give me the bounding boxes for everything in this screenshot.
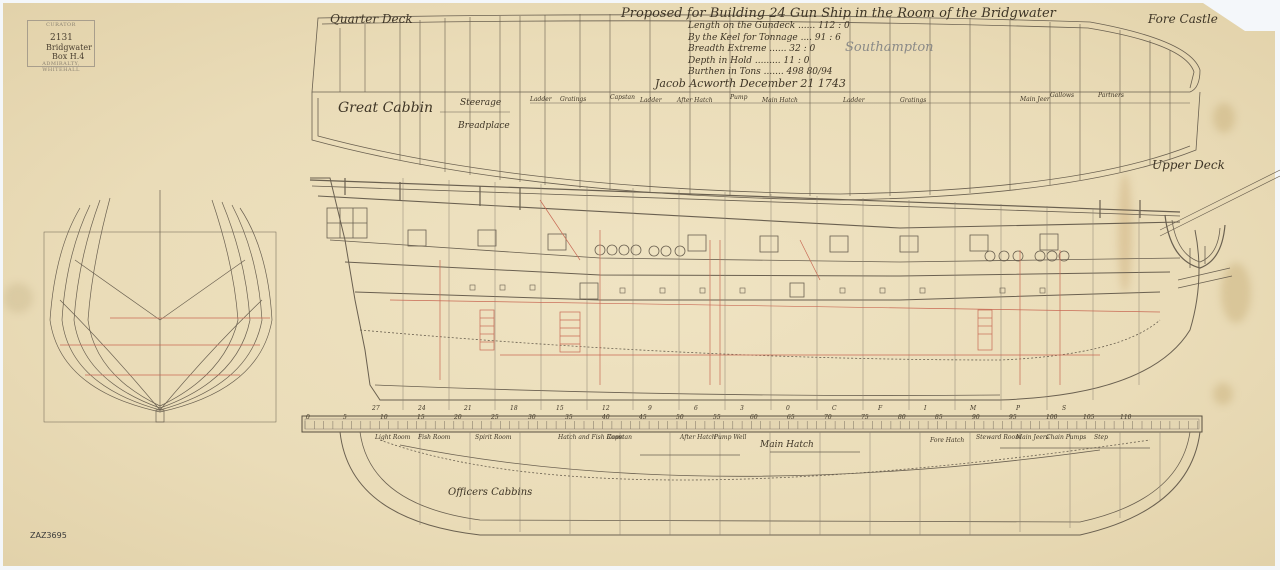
signature: Jacob Acworth December 21 1743 <box>655 77 846 90</box>
frame-station-label: F <box>878 405 882 412</box>
fitting-label: After Hatch <box>680 434 716 441</box>
fitting-label: Fore Hatch <box>930 437 964 444</box>
pencil-note: Southampton <box>845 40 934 55</box>
label-officers-cabbins: Officers Cabbins <box>448 487 532 498</box>
fitting-label: Chain Pumps <box>1046 434 1086 441</box>
scale-tick-label: 65 <box>787 414 795 421</box>
stamp-footer: ADMIRALTY, WHITEHALL <box>28 61 94 73</box>
scale-tick-label: 95 <box>1009 414 1017 421</box>
scale-tick-label: 0 <box>306 414 310 421</box>
frame-station-label: I <box>924 405 926 412</box>
scale-tick-label: 50 <box>676 414 684 421</box>
scale-tick-label: 10 <box>380 414 388 421</box>
frame-station-label: 9 <box>648 405 652 412</box>
frame-station-label: 0 <box>786 405 790 412</box>
frame-station-label: P <box>1016 405 1020 412</box>
label-bread-place: Breadplace <box>458 121 510 131</box>
label-quarter-deck: Quarter Deck <box>330 12 413 26</box>
catalogue-number: ZAZ3695 <box>30 531 67 540</box>
scale-tick-label: 75 <box>861 414 869 421</box>
dimensions-table: Length on the Gundeck ...... 112 : 0 By … <box>688 21 850 79</box>
fitting-label: Main Hatch <box>760 440 814 450</box>
fitting-label: Ladder <box>640 97 662 104</box>
ship-plan-drawing <box>0 0 1280 570</box>
fitting-label: Ladder <box>843 97 865 104</box>
fitting-label: Ladder <box>530 96 552 103</box>
fitting-label: Capstan <box>607 434 632 441</box>
fitting-label: Partners <box>1098 92 1124 99</box>
stamp-rate: Box H.4 <box>52 52 84 61</box>
scale-tick-label: 85 <box>935 414 943 421</box>
scale-tick-label: 105 <box>1083 414 1094 421</box>
fitting-label: Light Room <box>375 434 410 441</box>
frame-station-label: 21 <box>464 405 472 412</box>
scale-tick-label: 20 <box>454 414 462 421</box>
scale-tick-label: 35 <box>565 414 573 421</box>
label-upper-deck: Upper Deck <box>1152 158 1225 172</box>
scale-tick-label: 60 <box>750 414 758 421</box>
fitting-label: Gallows <box>1050 92 1074 99</box>
fitting-label: Pump Well <box>714 434 746 441</box>
dim-row: Depth in Hold ......... 11 : 0 <box>688 56 850 68</box>
label-great-cabbin: Great Cabbin <box>338 100 433 116</box>
scale-tick-label: 90 <box>972 414 980 421</box>
stamp-number: 2131 <box>50 33 73 43</box>
frame-station-label: 12 <box>602 405 610 412</box>
fitting-label: Fish Room <box>418 434 450 441</box>
scale-tick-label: 5 <box>343 414 347 421</box>
fitting-label: Spirit Room <box>475 434 511 441</box>
fitting-label: Steward Room <box>976 434 1021 441</box>
stamp-header: CURATOR <box>28 22 94 28</box>
dim-row: Breadth Extreme ...... 32 : 0 <box>688 44 850 56</box>
fitting-label: After Hatch <box>677 97 713 104</box>
scale-tick-label: 30 <box>528 414 536 421</box>
frame-station-label: C <box>832 405 837 412</box>
label-steerage: Steerage <box>460 98 501 108</box>
fitting-label: Main Jeers <box>1016 434 1049 441</box>
plan-title: Proposed for Building 24 Gun Ship in the… <box>621 6 1056 21</box>
frame-station-label: 6 <box>694 405 698 412</box>
scale-tick-label: 15 <box>417 414 425 421</box>
scale-tick-label: 100 <box>1046 414 1057 421</box>
scale-tick-label: 55 <box>713 414 721 421</box>
dim-row: Length on the Gundeck ...... 112 : 0 <box>688 21 850 33</box>
frame-station-label: 15 <box>556 405 564 412</box>
frame-station-label: 27 <box>372 405 380 412</box>
curator-stamp: CURATOR 2131 Bridgwater Box H.4 ADMIRALT… <box>27 20 95 67</box>
fitting-label: Main Hatch <box>762 97 798 104</box>
dim-row: By the Keel for Tonnage .... 91 : 6 <box>688 33 850 45</box>
body-plan <box>44 190 276 422</box>
scale-tick-label: 80 <box>898 414 906 421</box>
scale-tick-label: 110 <box>1120 414 1131 421</box>
frame-station-label: 3 <box>740 405 744 412</box>
frame-station-label: S <box>1062 405 1066 412</box>
label-fore-castle: Fore Castle <box>1148 12 1218 26</box>
frame-station-label: 18 <box>510 405 518 412</box>
fitting-label: Step <box>1094 434 1108 441</box>
frame-station-label: M <box>970 405 976 412</box>
stamp-ship: Bridgwater <box>46 43 92 52</box>
scale-tick-label: 25 <box>491 414 499 421</box>
scale-tick-label: 45 <box>639 414 647 421</box>
fitting-label: Main Jeer <box>1020 96 1050 103</box>
fitting-label: Gratings <box>900 97 926 104</box>
fitting-label: Pump <box>730 94 747 101</box>
scale-tick-label: 40 <box>602 414 610 421</box>
fitting-label: Capstan <box>610 94 635 101</box>
fitting-label: Gratings <box>560 96 586 103</box>
frame-station-label: 24 <box>418 405 426 412</box>
scale-tick-label: 70 <box>824 414 832 421</box>
